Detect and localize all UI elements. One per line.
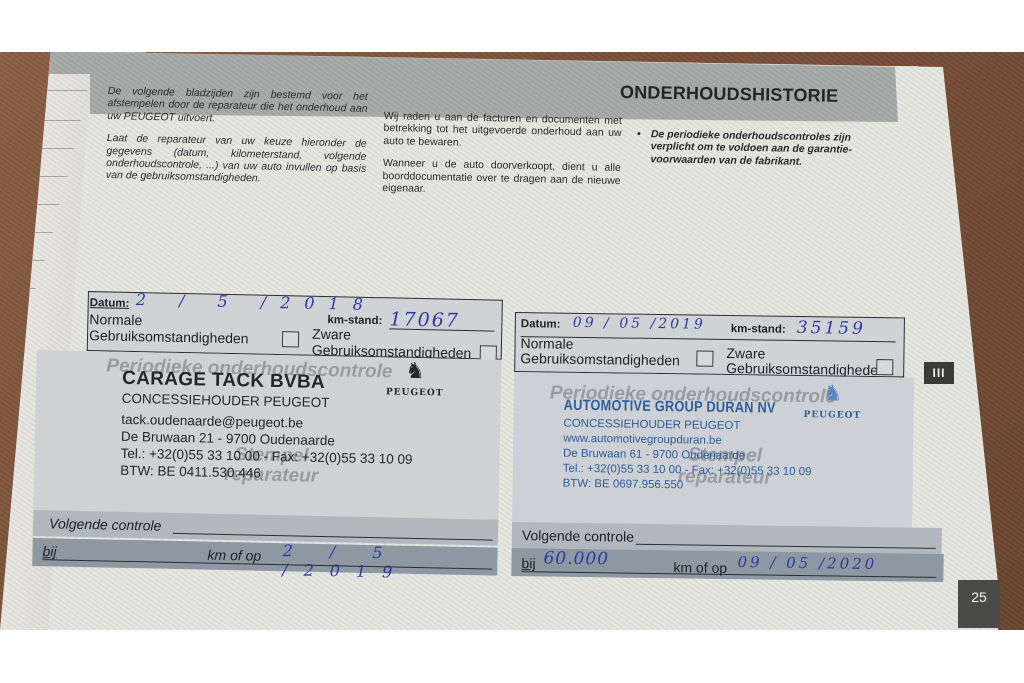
dealer-stamp: CARAGE TACK BVBA CONCESSIEHOUDER PEUGEOT… xyxy=(120,368,414,485)
maintenance-entry-1: Datum: 2 / 5 /2018 km-stand: 17067 Norma… xyxy=(32,290,513,585)
intro-paragraph: Wij raden u aan de facturen en documente… xyxy=(383,110,622,152)
bij-label: bij xyxy=(521,555,535,571)
volgende-controle-label: Volgende controle xyxy=(49,515,162,533)
normale-label: Normale xyxy=(89,311,142,328)
intro-column-1: De volgende bladzijden zijn bestemd voor… xyxy=(106,85,368,198)
page-number: 25 xyxy=(958,580,1000,628)
brand-name: PEUGEOT xyxy=(386,387,444,398)
peugeot-logo: ♞ PEUGEOT xyxy=(386,359,444,400)
volgende-controle-label: Volgende controle xyxy=(522,527,634,545)
datum-value[interactable]: 09 / 05 /2019 xyxy=(573,315,706,333)
lion-icon: ♞ xyxy=(804,382,862,405)
intro-column-3: • De periodieke onderhoudscontroles zijn… xyxy=(636,128,877,169)
lion-icon: ♞ xyxy=(386,359,444,382)
normale-checkbox[interactable] xyxy=(282,331,299,347)
zware-label: Zware xyxy=(726,345,765,362)
bullet-icon: • xyxy=(637,128,641,140)
bij-km-value[interactable]: 60.000 xyxy=(543,548,609,569)
dealer-stamp: AUTOMOTIVE GROUP DURAN NV CONCESSIEHOUDE… xyxy=(562,395,813,495)
zware-checkbox[interactable] xyxy=(876,359,893,375)
brand-name: PEUGEOT xyxy=(804,410,862,421)
intro-paragraph: Wanneer u de auto doorverkoopt, dient u … xyxy=(382,157,621,199)
km-stand-label: km-stand: xyxy=(327,314,382,327)
page-title: ONDERHOUDSHISTORIE xyxy=(620,82,839,107)
section-tab-marker: III xyxy=(924,362,954,384)
intro-column-2: Wij raden u aan de facturen en documente… xyxy=(382,110,622,209)
km-of-op-label: km of op xyxy=(207,547,261,564)
warranty-note: De periodieke onderhoudscontroles zijn v… xyxy=(636,128,877,169)
km-stand-value[interactable]: 35159 xyxy=(797,318,866,339)
normale-label-2: Gebruiksomstandigheden xyxy=(89,327,249,346)
datum-label: Datum: xyxy=(521,318,561,331)
bij-label: bij xyxy=(42,543,56,559)
intro-paragraph: De volgende bladzijden zijn bestemd voor… xyxy=(107,85,368,128)
km-stand-label: km-stand: xyxy=(731,323,786,336)
dealer-name: AUTOMOTIVE GROUP DURAN NV xyxy=(564,395,776,420)
next-date-value[interactable]: 2 / 5 /2019 xyxy=(282,541,508,584)
zware-label: Zware xyxy=(312,326,351,343)
intro-paragraph: Laat de reparateur van uw keuze hieronde… xyxy=(106,132,367,188)
normale-label-2: Gebruiksomstandigheden xyxy=(520,350,680,368)
normale-checkbox[interactable] xyxy=(696,351,713,367)
maintenance-entry-2: Datum: 09 / 05 /2019 km-stand: 35159 Nor… xyxy=(511,312,947,586)
datum-label: Datum: xyxy=(90,297,130,310)
peugeot-logo: ♞ PEUGEOT xyxy=(803,382,861,423)
next-date-value[interactable]: 09 / 05 /2020 xyxy=(737,553,877,573)
